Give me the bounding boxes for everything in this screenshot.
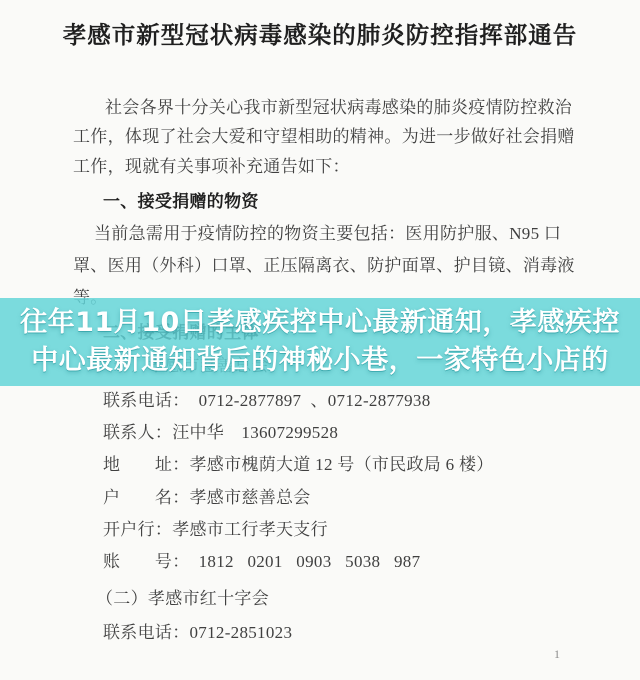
overlay-headline-line2: 中心最新通知背后的神秘小巷，一家特色小店的 [0, 342, 640, 380]
contact-line: 联系电话：0712-2851023 [103, 623, 292, 643]
contact-line: 联系人：汪中华 13607299528 [103, 423, 338, 443]
paragraph-line: 罩、医用（外科）口罩、正压隔离衣、防护面罩、护目镜、消毒液 [73, 256, 575, 276]
subsection-line: （二）孝感市红十字会 [96, 589, 269, 609]
contact-line: 联系电话： 0712-2877897 、0712-2877938 [103, 391, 431, 411]
paragraph-line: 工作，体现了社会大爱和守望相助的精神。为进一步做好社会捐赠 [73, 127, 575, 147]
paragraph-line: 社会各界十分关心我市新型冠状病毒感染的肺炎疫情防控救治 [105, 98, 572, 118]
notice-document: 孝感市新型冠状病毒感染的肺炎防控指挥部通告社会各界十分关心我市新型冠状病毒感染的… [0, 0, 640, 680]
paragraph-line: 当前急需用于疫情防控的物资主要包括：医用防护服、N95 口 [94, 224, 561, 244]
contact-line: 开户行：孝感市工行孝天支行 [103, 520, 328, 540]
contact-line: 地 址：孝感市槐荫大道 12 号（市民政局 6 楼） [103, 455, 494, 475]
section-heading: 一、接受捐赠的物资 [103, 192, 259, 212]
contact-line: 户 名：孝感市慈善总会 [103, 488, 311, 508]
contact-line: 账 号： 1812 0201 0903 5038 987 [103, 552, 420, 572]
overlay-headline-line1: 往年11月10日孝感疾控中心最新通知，孝感疾控 [0, 304, 640, 342]
page-number: 1 [554, 647, 560, 661]
doc-title: 孝感市新型冠状病毒感染的肺炎防控指挥部通告 [0, 22, 640, 50]
paragraph-line: 工作，现就有关事项补充通告如下： [73, 157, 350, 177]
headline-overlay-banner: 往年11月10日孝感疾控中心最新通知，孝感疾控 中心最新通知背后的神秘小巷，一家… [0, 298, 640, 386]
